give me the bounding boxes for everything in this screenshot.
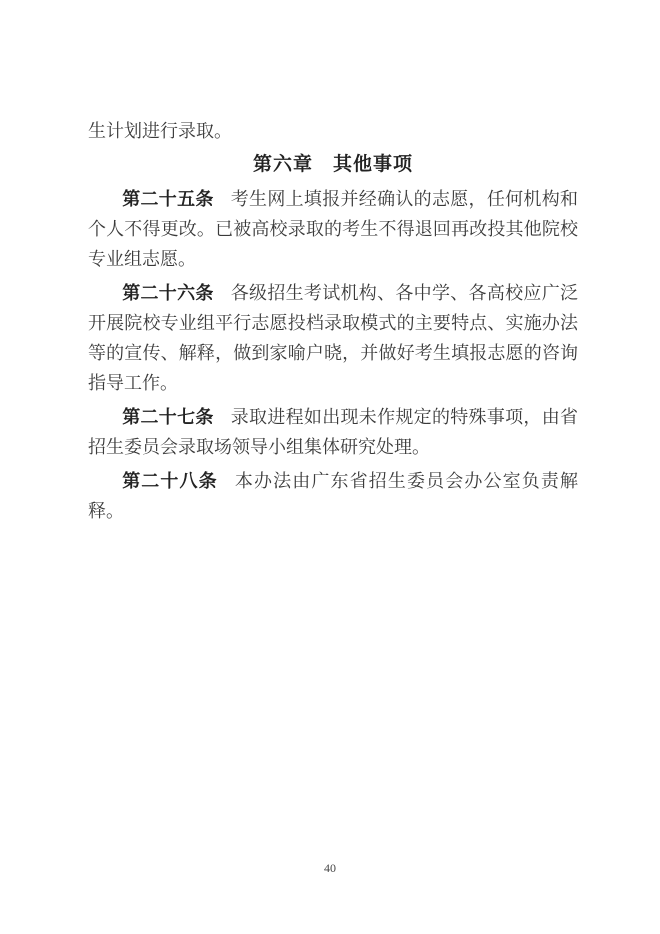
continuation-line: 生计划进行录取。 [88,116,578,146]
article-number: 第二十七条 [122,407,213,427]
article-number: 第二十五条 [122,189,213,209]
article-number: 第二十八条 [122,471,218,491]
article-paragraph-27: 第二十七条录取进程如出现未作规定的特殊事项，由省招生委员会录取场领导小组集体研究… [88,402,578,462]
document-page: 生计划进行录取。 第六章 其他事项 第二十五条考生网上填报并经确认的志愿，任何机… [0,0,660,934]
article-paragraph-25: 第二十五条考生网上填报并经确认的志愿，任何机构和个人不得更改。已被高校录取的考生… [88,184,578,274]
article-paragraph-28: 第二十八条本办法由广东省招生委员会办公室负责解释。 [88,466,578,526]
page-number: 40 [0,861,660,875]
chapter-heading: 第六章 其他事项 [88,150,578,180]
article-number: 第二十六条 [122,283,213,303]
article-paragraph-26: 第二十六条各级招生考试机构、各中学、各高校应广泛开展院校专业组平行志愿投档录取模… [88,278,578,398]
